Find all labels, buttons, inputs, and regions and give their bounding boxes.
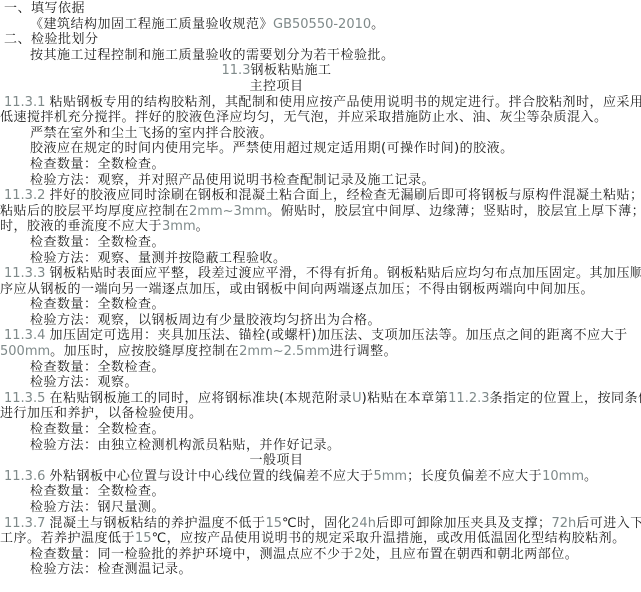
- chinese-text-segment: 钢板粘贴时表面应平整，段差过渡应平滑，不得有折角。钢板粘贴后应均匀布点加压固定。…: [49, 266, 641, 281]
- latin-text-segment: 24h: [351, 516, 376, 531]
- latin-text-segment: 2mm~2.5mm: [239, 344, 330, 359]
- latin-text-segment: 11.3.3: [4, 266, 49, 281]
- chinese-text-segment: )粘贴在本章第: [362, 391, 449, 406]
- text-line: 一、填写依据: [0, 1, 641, 17]
- check-quantity-line: 检查数量：全数检查。: [0, 235, 641, 251]
- latin-text-segment: 2mm~3mm: [189, 204, 267, 219]
- text-line: 《建筑结构加固工程施工质量验收规范》GB50550-2010。: [0, 17, 641, 33]
- chinese-text-segment: 。: [584, 469, 598, 484]
- section-heading: 主控项目: [0, 79, 553, 95]
- chinese-text-segment: 胶液应在规定的时间内使用完毕。严禁使用超过规定适用期(可操作时间)的胶液。: [30, 141, 514, 156]
- chinese-text-segment: 序应从钢板的一端向另一端逐点加压，或由钢板中间向两端逐点加压；不得由钢板两端向中…: [0, 282, 594, 297]
- latin-text-segment: 11.3.6: [4, 469, 49, 484]
- chinese-text-segment: 进行调整。: [330, 344, 398, 359]
- chinese-text-segment: 。加压时，应按胶缝厚度控制在: [50, 344, 239, 359]
- inspection-method-line: 检验方法：观察。: [0, 375, 641, 391]
- clause-start-line: 11.3.1 粘贴钢板专用的结构胶粘剂，其配制和使用应按产品使用说明书的规定进行…: [0, 95, 641, 111]
- text-line: 序应从钢板的一端向另一端逐点加压，或由钢板中间向两端逐点加压；不得由钢板两端向中…: [0, 282, 641, 298]
- chinese-text-segment: 粘贴后的胶层平均厚度应控制在: [0, 204, 189, 219]
- inspection-method-line: 检验方法：观察，以钢板周边有少量胶液均匀挤出为合格。: [0, 313, 641, 329]
- chinese-text-segment: 在粘贴钢板施工的同时，应将钢标准块(本规范附录: [49, 391, 352, 406]
- check-quantity-line: 检查数量：全数检查。: [0, 422, 641, 438]
- chinese-text-segment: 工序。若养护温度低于: [0, 531, 135, 546]
- chinese-text-segment: 处，且应布置在朝西和朝北两部位。: [362, 547, 578, 562]
- clause-start-line: 11.3.3 钢板粘贴时表面应平整，段差过渡应平滑，不得有折角。钢板粘贴后应均匀…: [0, 266, 641, 282]
- clause-start-line: 11.3.4 加压固定可选用：夹具加压法、锚栓(或螺杆)加压法、支项加压法等。加…: [0, 328, 641, 344]
- latin-text-segment: 11.3.7: [4, 516, 49, 531]
- text-line: 按其施工过程控制和施工质量验收的需要划分为若干检验批。: [0, 48, 641, 64]
- text-line: 时，胶液的垂流度不应大于3mm。: [0, 219, 641, 235]
- clause-start-line: 11.3.6 外粘钢板中心位置与设计中心线位置的线偏差不应大于5mm；长度负偏差…: [0, 469, 641, 485]
- check-quantity-line: 检查数量：全数检查。: [0, 484, 641, 500]
- latin-text-segment: 72h: [551, 516, 576, 531]
- document-page: 一、填写依据《建筑结构加固工程施工质量验收规范》GB50550-2010。二、检…: [0, 0, 641, 592]
- latin-text-segment: 11.3.5: [4, 391, 49, 406]
- text-line: 严禁在室外和尘土飞扬的室内拌合胶液。: [0, 126, 641, 142]
- chinese-text-segment: 主控项目: [249, 79, 303, 94]
- latin-text-segment: 15: [266, 516, 283, 531]
- clause-start-line: 11.3.2 拌好的胶液应同时涂刷在钢板和混凝土粘合面上，经检查无漏刷后即可将钢…: [0, 188, 641, 204]
- chinese-text-segment: 。: [196, 219, 210, 234]
- inspection-method-line: 检验方法：检查测温记录。: [0, 562, 641, 578]
- chinese-text-segment: 按其施工过程控制和施工质量验收的需要划分为若干检验批。: [30, 48, 395, 63]
- chinese-text-segment: 《建筑结构加固工程施工质量验收规范》: [30, 17, 273, 32]
- chinese-text-segment: 钢板粘贴施工: [250, 63, 331, 78]
- chinese-text-segment: 加压固定可选用：夹具加压法、锚栓(或螺杆)加压法、支项加压法等。加压点之间的距离…: [49, 328, 627, 343]
- latin-text-segment: GB50550-2010: [273, 17, 371, 32]
- latin-text-segment: U: [352, 391, 362, 406]
- chinese-text-segment: 检查数量：全数检查。: [30, 422, 165, 437]
- text-line: 粘贴后的胶层平均厚度应控制在2mm~3mm。俯贴时，胶层宜中间厚、边缘薄；竖贴时…: [0, 204, 641, 220]
- text-line: 二、检验批划分: [0, 32, 641, 48]
- text-line: 胶液应在规定的时间内使用完毕。严禁使用超过规定适用期(可操作时间)的胶液。: [0, 141, 641, 157]
- chinese-text-segment: 一般项目: [249, 453, 303, 468]
- inspection-method-line: 检验方法：钢尺量测。: [0, 500, 641, 516]
- chinese-text-segment: 检验方法：观察，以钢板周边有少量胶液均匀挤出为合格。: [30, 313, 381, 328]
- chinese-text-segment: 条指定的位置上，按同条件: [490, 391, 641, 406]
- chinese-text-segment: 检验方法：钢尺量测。: [30, 500, 165, 515]
- check-quantity-line: 检查数量：全数检查。: [0, 360, 641, 376]
- clause-start-line: 500mm。加压时，应按胶缝厚度控制在2mm~2.5mm进行调整。: [0, 344, 641, 360]
- chinese-text-segment: 。俯贴时，胶层宜中间厚、边缘薄；竖贴时，胶层宜上厚下薄；仰贴: [267, 204, 641, 219]
- chinese-text-segment: 检验方法：观察，并对照产品使用说明书检查配制记录及施工记录。: [30, 173, 435, 188]
- chinese-text-segment: 检查数量：同一检验批的养护环境中，测温点应不少于: [30, 547, 354, 562]
- chinese-text-segment: 后可进入下一: [576, 516, 641, 531]
- section-heading: 11.3钢板粘贴施工: [0, 63, 553, 79]
- chinese-text-segment: 拌好的胶液应同时涂刷在钢板和混凝土粘合面上，经检查无漏刷后即可将钢板与原构件混凝…: [49, 188, 641, 203]
- chinese-text-segment: 检验方法：观察。: [30, 375, 138, 390]
- check-quantity-line: 检查数量：全数检查。: [0, 297, 641, 313]
- latin-text-segment: 11.3.4: [4, 328, 49, 343]
- chinese-text-segment: 检查数量：全数检查。: [30, 235, 165, 250]
- clause-start-line: 11.3.5 在粘贴钢板施工的同时，应将钢标准块(本规范附录U)粘贴在本章第11…: [0, 391, 641, 407]
- chinese-text-segment: 。: [371, 17, 385, 32]
- latin-text-segment: 11.3.2: [4, 188, 49, 203]
- chinese-text-segment: 混凝土与钢板粘结的养护温度不低于: [49, 516, 265, 531]
- chinese-text-segment: 二、检验批划分: [4, 32, 99, 47]
- chinese-text-segment: 进行加压和养护，以备检验使用。: [0, 406, 203, 421]
- chinese-text-segment: 检验方法：由独立检测机构派员粘贴，并作好记录。: [30, 438, 341, 453]
- text-line: 工序。若养护温度低于15℃，应按产品使用说明书的规定采取升温措施，或改用低温固化…: [0, 531, 641, 547]
- latin-text-segment: 11.3: [222, 63, 251, 78]
- chinese-text-segment: 粘贴钢板专用的结构胶粘剂，其配制和使用应按产品使用说明书的规定进行。拌合胶粘剂时…: [49, 95, 641, 110]
- chinese-text-segment: 检验方法：观察、量测并按隐蔽工程验收。: [30, 251, 287, 266]
- text-line: 进行加压和养护，以备检验使用。: [0, 406, 641, 422]
- chinese-text-segment: 低速搅拌机充分搅拌。拌好的胶液色泽应均匀，无气泡，并应采取措施防止水、油、灰尘等…: [0, 110, 608, 125]
- inspection-method-line: 检验方法：观察，并对照产品使用说明书检查配制记录及施工记录。: [0, 173, 641, 189]
- chinese-text-segment: 检查数量：全数检查。: [30, 484, 165, 499]
- chinese-text-segment: 严禁在室外和尘土飞扬的室内拌合胶液。: [30, 126, 273, 141]
- chinese-text-segment: 检查数量：全数检查。: [30, 297, 165, 312]
- chinese-text-segment: ℃时，固化: [282, 516, 351, 531]
- chinese-text-segment: 后即可卸除加压夹具及支撑；: [376, 516, 552, 531]
- check-quantity-line: 检查数量：同一检验批的养护环境中，测温点应不少于2处，且应布置在朝西和朝北两部位…: [0, 547, 641, 563]
- section-heading: 一般项目: [0, 453, 553, 469]
- check-quantity-line: 检查数量：全数检查。: [0, 157, 641, 173]
- clause-start-line: 11.3.7 混凝土与钢板粘结的养护温度不低于15℃时，固化24h后即可卸除加压…: [0, 516, 641, 532]
- chinese-text-segment: 时，胶液的垂流度不应大于: [0, 219, 162, 234]
- inspection-method-line: 检验方法：由独立检测机构派员粘贴，并作好记录。: [0, 438, 641, 454]
- chinese-text-segment: ；长度负偏差不应大于: [407, 469, 542, 484]
- chinese-text-segment: 一、填写依据: [4, 1, 85, 16]
- chinese-text-segment: ℃，应按产品使用说明书的规定采取升温措施，或改用低温固化型结构胶粘剂。: [152, 531, 626, 546]
- latin-text-segment: 5mm: [374, 469, 408, 484]
- latin-text-segment: 11.3.1: [4, 95, 49, 110]
- chinese-text-segment: 检查数量：全数检查。: [30, 157, 165, 172]
- latin-text-segment: 11.2.3: [448, 391, 489, 406]
- chinese-text-segment: 外粘钢板中心位置与设计中心线位置的线偏差不应大于: [49, 469, 373, 484]
- latin-text-segment: 500mm: [0, 344, 50, 359]
- latin-text-segment: 3mm: [162, 219, 196, 234]
- chinese-text-segment: 检验方法：检查测温记录。: [30, 562, 192, 577]
- inspection-method-line: 检验方法：观察、量测并按隐蔽工程验收。: [0, 251, 641, 267]
- latin-text-segment: 10mm: [542, 469, 584, 484]
- text-line: 低速搅拌机充分搅拌。拌好的胶液色泽应均匀，无气泡，并应采取措施防止水、油、灰尘等…: [0, 110, 641, 126]
- chinese-text-segment: 检查数量：全数检查。: [30, 360, 165, 375]
- latin-text-segment: 15: [135, 531, 152, 546]
